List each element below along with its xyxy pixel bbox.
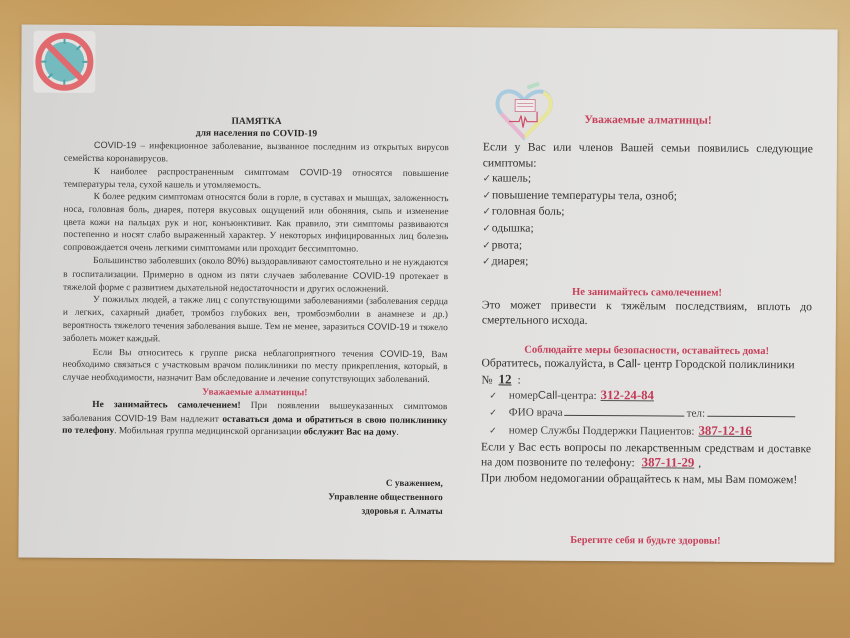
call-center-phone: 312-24-84 bbox=[597, 388, 658, 404]
symptom-item: ✓повышение температуры тела, озноб; bbox=[483, 187, 813, 206]
paragraph-recovery: Большинство заболевших (около 80%) выздо… bbox=[63, 254, 448, 296]
meds-phone: 387-11-29 bbox=[638, 456, 699, 470]
symptoms-intro: Если у Вас или членов Вашей семьи появил… bbox=[483, 139, 813, 172]
paragraph-risk-group: Если Вы относитесь к группе риска неблаг… bbox=[62, 345, 447, 386]
signature: С уважением, Управление общественного зд… bbox=[62, 474, 447, 518]
check-icon: ✓ bbox=[489, 390, 497, 405]
check-icon: ✓ bbox=[483, 172, 491, 188]
symptom-item: ✓рвота; bbox=[482, 237, 812, 256]
doctor-name-blank bbox=[565, 405, 685, 417]
paragraph-definition: COVID-19 – инфекционное заболевание, выз… bbox=[64, 139, 449, 168]
contact-intro: Обратитесь, пожалуйста, в Call- центр Го… bbox=[482, 355, 812, 373]
footer-message: Берегите себя и будьте здоровы! bbox=[480, 534, 810, 547]
meds-text: Если у Вас есть вопросы по лекарственным… bbox=[481, 439, 811, 472]
covid-leaflet: ПАМЯТКА для населения по COVID-19 COVID-… bbox=[18, 25, 837, 563]
check-icon: ✓ bbox=[482, 205, 490, 221]
check-icon: ✓ bbox=[489, 424, 497, 439]
check-icon: ✓ bbox=[482, 254, 490, 270]
left-red-heading: Уважаемые алматинцы! bbox=[62, 387, 447, 399]
support-item: ✓ номер Службы Поддержки Пациентов: 387-… bbox=[489, 422, 811, 441]
paragraph-risk: У пожилых людей, а также лиц с сопутству… bbox=[63, 294, 448, 348]
help-text: При любом недомогании обращайтесь к нам,… bbox=[481, 470, 811, 488]
warning-text: Это может привести к тяжёлым последствия… bbox=[482, 297, 812, 330]
clinic-number-line: №12: bbox=[481, 371, 811, 390]
check-icon: ✓ bbox=[483, 188, 491, 204]
symptom-item: ✓диарея; bbox=[482, 253, 812, 272]
doctor-phone-blank bbox=[707, 406, 795, 418]
right-column: Уважаемые алматинцы! Если у Вас или член… bbox=[480, 57, 813, 547]
call-center-item: ✓ номер Call-центра: 312-24-84 bbox=[489, 388, 811, 407]
clinic-number: 12 bbox=[492, 371, 517, 386]
paragraph-rare-symptoms: К более редким симптомам относятся боли … bbox=[63, 191, 448, 256]
symptom-item: ✓одышка; bbox=[482, 220, 812, 239]
check-icon: ✓ bbox=[482, 221, 490, 237]
check-icon: ✓ bbox=[482, 238, 490, 254]
left-column: ПАМЯТКА для населения по COVID-19 COVID-… bbox=[62, 55, 450, 518]
symptom-list: ✓кашель;✓повышение температуры тела, озн… bbox=[482, 171, 813, 273]
symptom-item: ✓кашель; bbox=[483, 171, 813, 190]
doctor-item: ✓ ФИО врача тел: bbox=[489, 405, 811, 424]
symptom-item: ✓головная боль; bbox=[482, 204, 812, 223]
support-phone: 387-12-16 bbox=[694, 423, 755, 439]
paragraph-common-symptoms: К наиболее распространенным симптомам CO… bbox=[64, 165, 449, 194]
paragraph-self-treatment: Не занимайтесь самолечением! При появлен… bbox=[62, 399, 447, 440]
contact-list: ✓ номер Call-центра: 312-24-84 ✓ ФИО вра… bbox=[481, 387, 811, 441]
check-icon: ✓ bbox=[489, 407, 497, 422]
leaflet-title: ПАМЯТКА для населения по COVID-19 bbox=[64, 115, 449, 141]
heart-cardiogram-icon bbox=[493, 81, 555, 143]
